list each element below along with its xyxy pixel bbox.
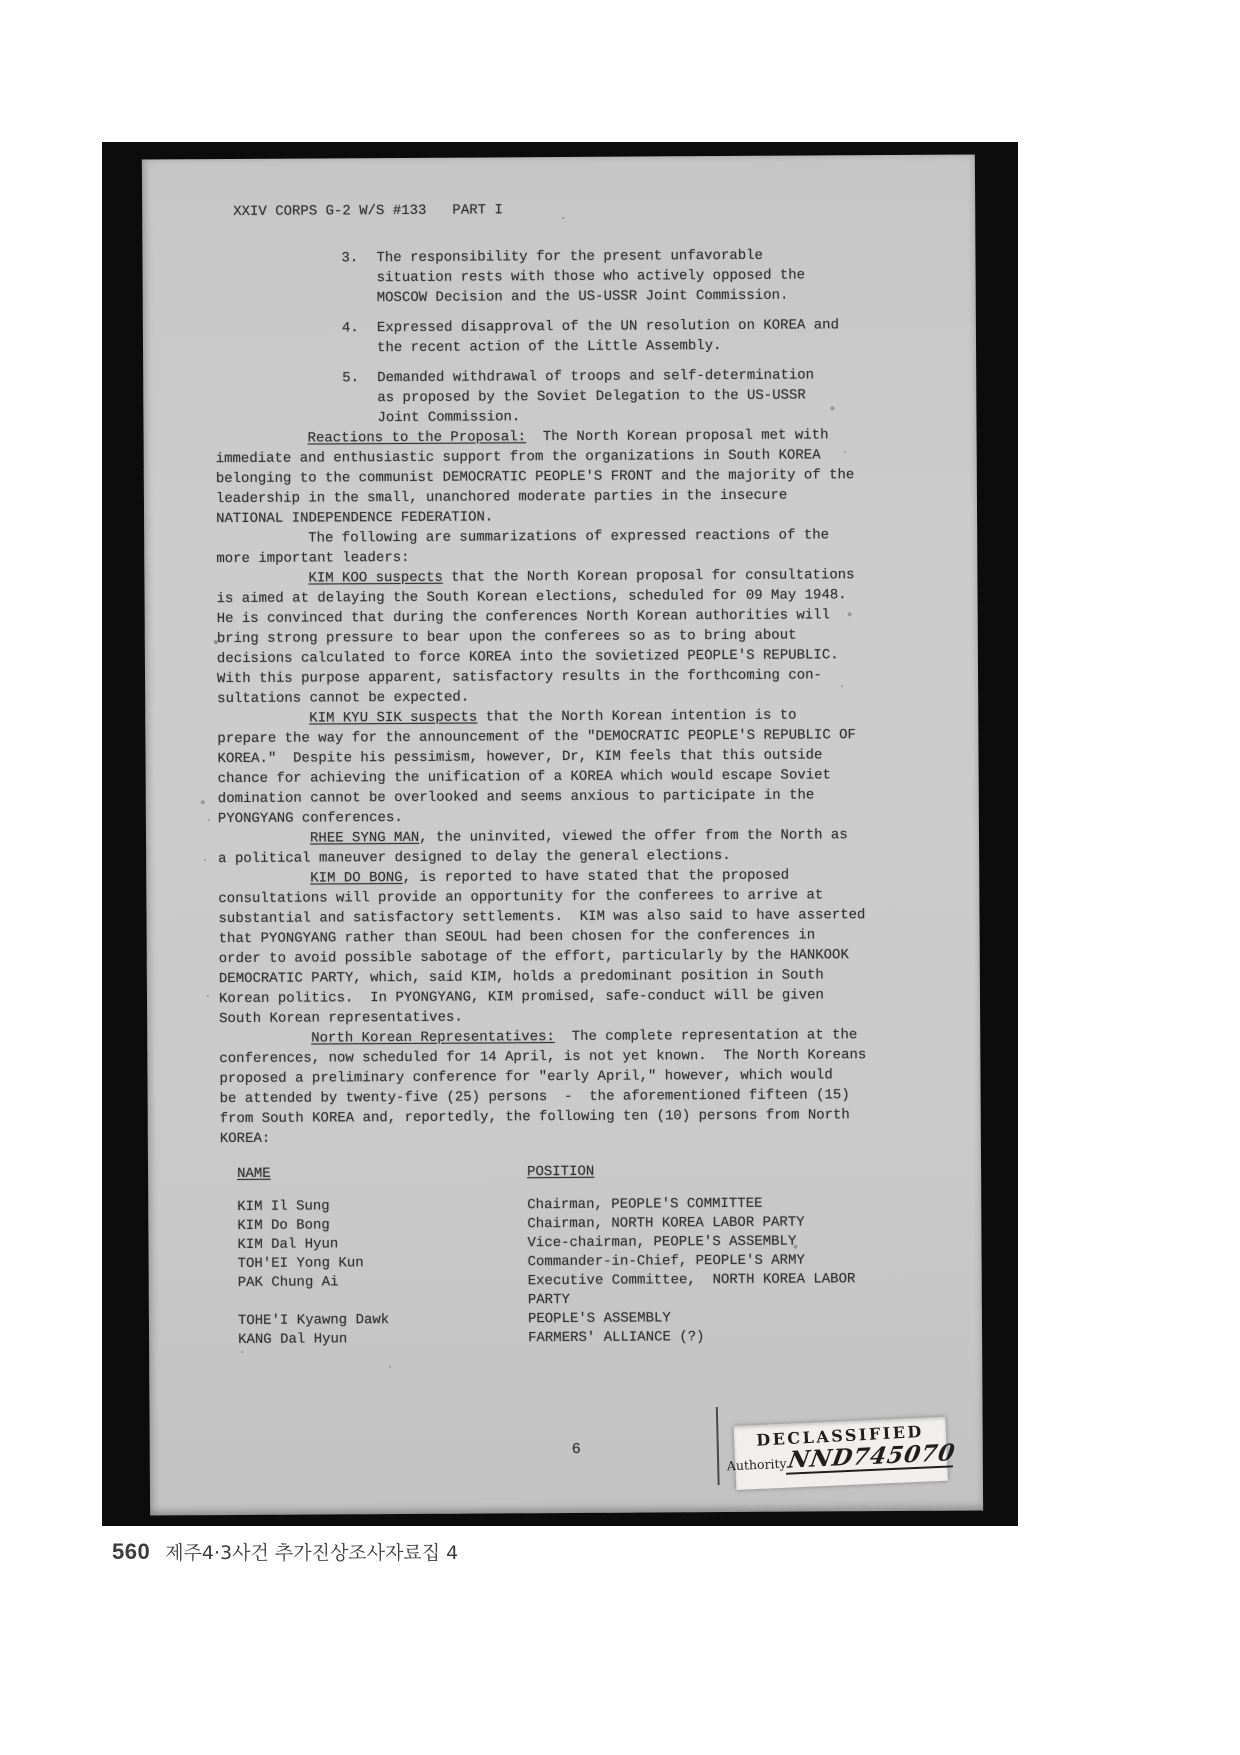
paragraph-lead: KIM KOO suspects bbox=[308, 570, 443, 587]
declassified-stamp: DECLASSIFIED AuthorityNND745070 bbox=[733, 1417, 948, 1490]
table-row: PAK Chung AiExecutive Committee, NORTH K… bbox=[238, 1270, 871, 1312]
column-header-position: POSITION bbox=[527, 1161, 870, 1182]
cell-name: KANG Dal Hyun bbox=[238, 1329, 528, 1350]
cell-position: Vice-chairman, PEOPLE'S ASSEMBLY bbox=[527, 1232, 870, 1253]
scan-noise-specks bbox=[142, 160, 144, 162]
paragraph-text: that the North Korean proposal for consu… bbox=[217, 567, 855, 707]
table-header-row: NAMEPOSITION bbox=[237, 1161, 870, 1184]
paragraph-kim-koo: KIM KOO suspects that the North Korean p… bbox=[216, 565, 867, 709]
numbered-list: 3.The responsibility for the present unf… bbox=[214, 245, 865, 429]
column-header-name: NAME bbox=[237, 1163, 527, 1184]
cell-name: PAK Chung Ai bbox=[238, 1272, 528, 1312]
representatives-table: NAMEPOSITION KIM Il SungChairman, PEOPLE… bbox=[237, 1161, 871, 1350]
paragraph-rhee-syng-man: RHEE SYNG MAN, the uninvited, viewed the… bbox=[218, 825, 868, 869]
book-footer: 560 제주4·3사건 추가진상조사자료집 4 bbox=[112, 1538, 458, 1565]
cell-name: TOHE'I Kyawng Dawk bbox=[238, 1310, 528, 1331]
book-page: { "colors": { "scan_background": "#0c0c0… bbox=[0, 0, 1240, 1755]
item-number: 4. bbox=[342, 318, 377, 358]
paragraph-north-korean-representatives: North Korean Representatives: The comple… bbox=[219, 1025, 870, 1149]
document-part-label: PART I bbox=[452, 202, 503, 218]
numbered-item-4: 4.Expressed disapproval of the UN resolu… bbox=[342, 315, 865, 358]
cell-position: FARMERS' ALLIANCE (?) bbox=[528, 1327, 871, 1348]
scan-background: XXIV CORPS G-2 W/S #133PART I 3.The resp… bbox=[102, 142, 1018, 1526]
document-body: XXIV CORPS G-2 W/S #133PART I 3.The resp… bbox=[214, 155, 871, 1350]
paragraph-kim-do-bong: KIM DO BONG, is reported to have stated … bbox=[218, 865, 869, 1029]
stamp-authority-label: Authority bbox=[727, 1456, 787, 1474]
numbered-item-5: 5.Demanded withdrawal of troops and self… bbox=[342, 365, 865, 428]
cell-position: Executive Committee, NORTH KOREA LABOR P… bbox=[528, 1270, 871, 1310]
paragraph-lead: RHEE SYNG MAN bbox=[310, 830, 419, 847]
paragraph-summarizations: The following are summarizations of expr… bbox=[216, 525, 866, 569]
cell-name: TOH'EI Yong Kun bbox=[238, 1253, 528, 1274]
cell-name: KIM Il Sung bbox=[237, 1196, 527, 1217]
stamp-authority-number-handwritten: NND745070 bbox=[786, 1441, 957, 1475]
table-row: KANG Dal HyunFARMERS' ALLIANCE (?) bbox=[238, 1327, 871, 1350]
paragraph-text: The following are summarizations of expr… bbox=[216, 527, 829, 567]
document-header: XXIV CORPS G-2 W/S #133PART I bbox=[233, 198, 864, 222]
item-text: The responsibility for the present unfav… bbox=[376, 245, 864, 308]
cell-position: PEOPLE'S ASSEMBLY bbox=[528, 1308, 871, 1329]
cell-position: Commander-in-Chief, PEOPLE'S ARMY bbox=[528, 1251, 871, 1272]
paragraph-lead: KIM KYU SIK suspects bbox=[309, 710, 477, 727]
paragraph-text: , is reported to have stated that the pr… bbox=[218, 868, 865, 1027]
numbered-item-3: 3.The responsibility for the present unf… bbox=[341, 245, 864, 308]
cell-position: Chairman, NORTH KOREA LABOR PARTY bbox=[527, 1213, 870, 1234]
item-number: 3. bbox=[341, 248, 376, 308]
document-page-number: 6 bbox=[572, 1441, 581, 1458]
paragraph-lead: KIM DO BONG bbox=[310, 870, 403, 887]
cell-name: KIM Do Bong bbox=[237, 1215, 527, 1236]
paragraph-kim-kyu-sik: KIM KYU SIK suspects that the North Kore… bbox=[217, 705, 868, 829]
footer-book-title: 제주4·3사건 추가진상조사자료집 4 bbox=[165, 1538, 458, 1565]
cell-name: KIM Dal Hyun bbox=[237, 1234, 527, 1255]
paragraph-lead: Reactions to the Proposal: bbox=[308, 429, 527, 446]
footer-page-number: 560 bbox=[112, 1539, 150, 1565]
item-number: 5. bbox=[342, 368, 377, 428]
paragraph-lead: North Korean Representatives: bbox=[311, 1029, 555, 1046]
item-text: Demanded withdrawal of troops and self-d… bbox=[377, 365, 865, 428]
scan-artifact-line bbox=[716, 1407, 720, 1485]
document-id: XXIV CORPS G-2 W/S #133 bbox=[233, 203, 426, 220]
cell-position: Chairman, PEOPLE'S COMMITTEE bbox=[527, 1194, 870, 1215]
item-text: Expressed disapproval of the UN resoluti… bbox=[377, 315, 865, 358]
scanned-document-page: XXIV CORPS G-2 W/S #133PART I 3.The resp… bbox=[142, 154, 983, 1515]
paragraph-reactions: Reactions to the Proposal: The North Kor… bbox=[216, 425, 867, 529]
